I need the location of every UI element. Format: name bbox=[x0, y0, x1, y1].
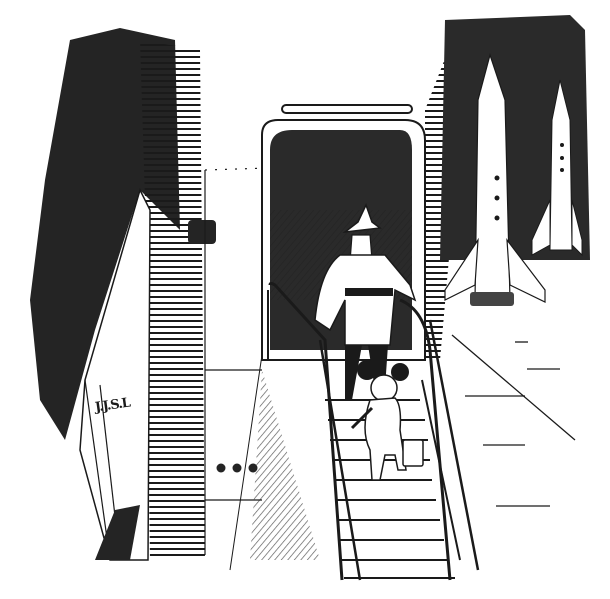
illustration bbox=[0, 0, 610, 599]
hull-port-icon bbox=[188, 220, 216, 244]
spacecraft-hull-left bbox=[30, 28, 258, 560]
launch-field bbox=[422, 15, 590, 570]
suitcase-icon bbox=[403, 440, 423, 466]
